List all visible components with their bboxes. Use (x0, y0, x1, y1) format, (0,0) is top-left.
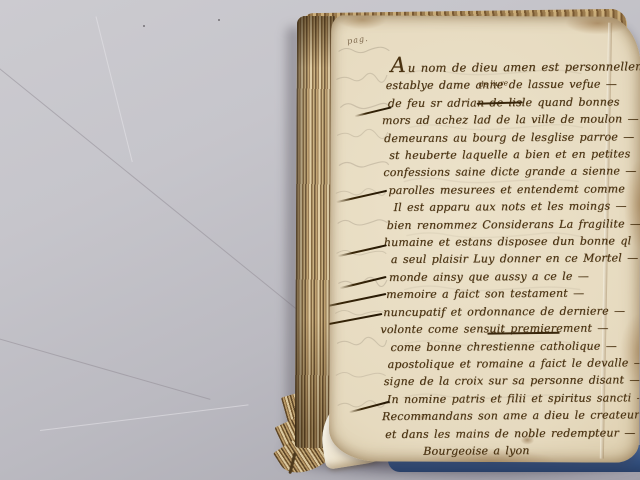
manuscript-line: Il est apparu aux nots et les moings — (393, 198, 639, 217)
table-scratch (40, 404, 249, 431)
manuscript-line: volonte come sensuit premierement — (380, 319, 640, 338)
manuscript-line: st heuberte laquelle a bien et en petite… (389, 145, 639, 164)
manuscript-line: mors ad achez lad de la ville de moulon … (382, 110, 639, 129)
manuscript-line: memoire a faict son testament — (386, 285, 640, 304)
manuscript-line: a seul plaisir Luy donner en ce Mortel — (391, 250, 640, 269)
manuscript-line: bien renommez Considerans La fragilite — (387, 215, 640, 234)
manuscript-line: Au nom de dieu amen est personnellemt — (390, 55, 638, 77)
manuscript-line: establye dame anne de lassue vefue — (386, 76, 639, 95)
dust-speck (218, 19, 220, 21)
handwritten-text-block: Au nom de dieu amen est personnellemt — … (386, 55, 640, 460)
manuscript-line: monde ainsy que aussy a ce le — (389, 267, 640, 286)
table-scratch (96, 16, 133, 162)
manuscript-line: Recommandans son ame a dieu le createur … (382, 406, 640, 425)
manuscript-line: signe de la croix sur sa personne disant… (384, 372, 640, 391)
dust-speck (143, 25, 145, 27)
manuscript-line: confessions saine dicte grande a sienne … (383, 163, 639, 182)
manuscript-line: In nomine patris et filii et spiritus sa… (387, 389, 640, 408)
interline-correction: de liure (479, 78, 509, 88)
manuscript-line: parolles mesurees et entendemt comme (388, 180, 639, 199)
manuscript-line: humaine et estans disposee dun bonne ql (384, 232, 640, 251)
manuscript-line: et dans les mains de noble redempteur — (385, 424, 640, 443)
manuscript-line: come bonne chrestienne catholique — (390, 337, 640, 356)
manuscript-line: apostolique et romaine a faict le devall… (388, 354, 640, 373)
manuscript-photo-scene: pag. Au nom de dieu amen est personnelle… (0, 0, 640, 480)
manuscript-line: demeurans au bourg de lesglise parroe — (384, 128, 639, 147)
manuscript-page: pag. Au nom de dieu amen est personnelle… (329, 15, 640, 463)
manuscript-line: nuncupatif et ordonnance de derniere — (383, 302, 640, 321)
table-scratch (0, 62, 303, 315)
manuscript-line: Bourgeoise a lyon (423, 441, 640, 460)
table-scratch (0, 330, 210, 400)
